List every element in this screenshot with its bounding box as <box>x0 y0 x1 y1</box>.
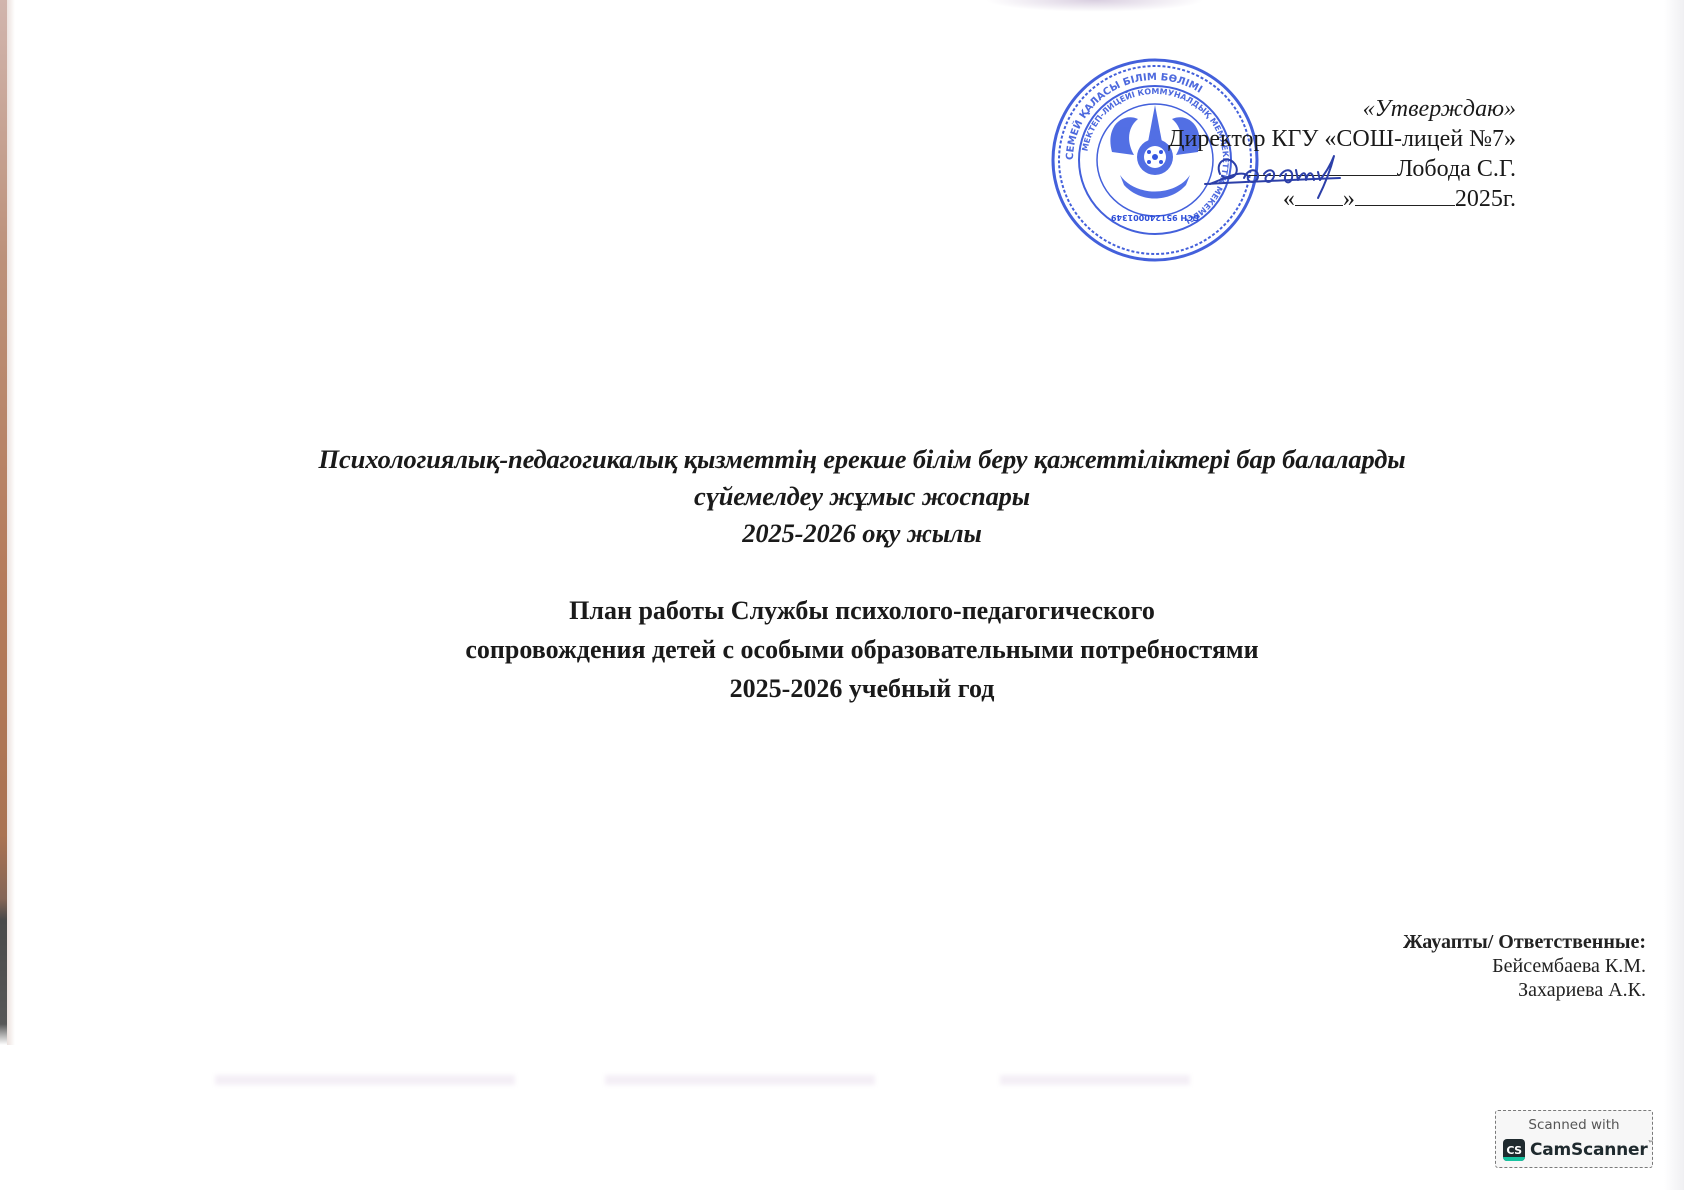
responsible-name: Бейсембаева К.М. <box>1403 954 1646 978</box>
watermark-scanned-with: Scanned with <box>1496 1117 1652 1133</box>
kz-title-line-3: 2025-2026 оқу жылы <box>0 515 1684 552</box>
page-top-shadow <box>985 0 1205 12</box>
camscanner-watermark: Scanned with CS CamScanner™ <box>1495 1110 1653 1168</box>
watermark-brand-row: CS CamScanner™ <box>1503 1139 1653 1161</box>
signer-name: Лобода С.Г. <box>1397 156 1516 182</box>
responsible-block: Жауапты/ Ответственные: Бейсембаева К.М.… <box>1403 930 1646 1002</box>
document-title-kazakh: Психологиялық-педагогикалық қызметтің ер… <box>0 441 1684 552</box>
bleed-through-mark <box>215 1075 515 1085</box>
bleed-through-mark <box>1000 1075 1190 1085</box>
approval-title: «Утверждаю» <box>1168 94 1516 124</box>
ru-title-line-1: План работы Службы психолого-педагогичес… <box>0 591 1684 630</box>
responsible-name: Захариева А.К. <box>1403 978 1646 1002</box>
kz-title-line-1: Психологиялық-педагогикалық қызметтің ер… <box>0 441 1684 478</box>
handwritten-signature-icon <box>1200 146 1365 206</box>
watermark-brand: CamScanner™ <box>1530 1140 1653 1160</box>
ru-title-line-2: сопровождения детей с особыми образовате… <box>0 630 1684 669</box>
svg-text:БСН 951240001349: БСН 951240001349 <box>1110 213 1199 222</box>
ru-title-line-3: 2025-2026 учебный год <box>0 669 1684 708</box>
date-year: 2025г. <box>1455 186 1516 212</box>
responsible-label: Жауапты/ Ответственные: <box>1403 930 1646 954</box>
bleed-through-mark <box>605 1075 875 1085</box>
date-month-blank <box>1355 185 1455 206</box>
kz-title-line-2: сүйемелдеу жұмыс жоспары <box>0 478 1684 515</box>
document-title-russian: План работы Службы психолого-педагогичес… <box>0 591 1684 708</box>
camscanner-logo-icon: CS <box>1503 1139 1525 1161</box>
